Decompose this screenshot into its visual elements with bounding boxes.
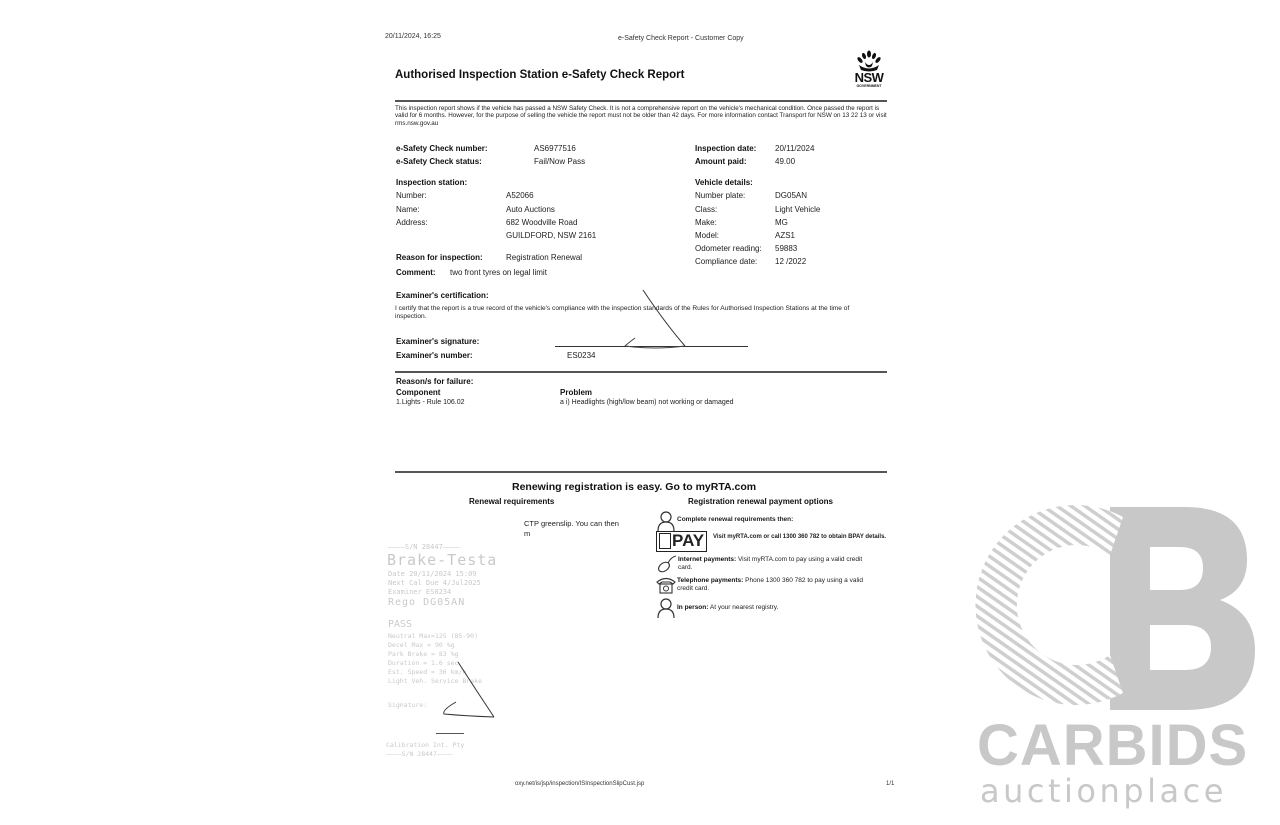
- slip-line: Calibration Int. Pty: [386, 741, 464, 749]
- plate-label: Number plate:: [695, 191, 745, 201]
- report-intro: This inspection report shows if the vehi…: [395, 105, 890, 127]
- amount-paid-label: Amount paid:: [695, 157, 747, 167]
- odometer-value: 59883: [775, 244, 797, 254]
- print-page-title: e-Safety Check Report - Customer Copy: [618, 35, 744, 42]
- slip-line: Date 20/11/2024 15:09: [388, 570, 477, 578]
- station-address-line1: 682 Woodville Road: [506, 218, 577, 228]
- make-value: MG: [775, 218, 788, 228]
- reason-label: Reason for inspection:: [396, 253, 483, 263]
- slip-line: Examiner ES0234: [388, 588, 451, 596]
- requirements-text-line2: m: [524, 529, 530, 539]
- inspection-date-label: Inspection date:: [695, 144, 756, 154]
- slip-line: ————S/N 28447————: [386, 750, 453, 758]
- odometer-label: Odometer reading:: [695, 244, 762, 254]
- slip-line: Park Brake = 83 %g: [388, 650, 458, 658]
- model-value: AZS1: [775, 231, 795, 241]
- slip-line: Rego DG05AN: [388, 597, 465, 608]
- report-title: Authorised Inspection Station e-Safety C…: [395, 69, 684, 81]
- failure-heading: Reason/s for failure:: [396, 377, 473, 387]
- slip-line: ————S/N 28447————: [388, 543, 460, 551]
- person-icon: [657, 511, 675, 531]
- signature-label: Examiner's signature:: [396, 337, 479, 347]
- model-label: Model:: [695, 231, 719, 241]
- station-address-line2: GUILDFORD, NSW 2161: [506, 231, 596, 241]
- slip-rule: [436, 733, 464, 734]
- inspection-date-value: 20/11/2024: [775, 144, 814, 154]
- comment-label: Comment:: [396, 268, 436, 278]
- slip-signature: [436, 660, 496, 720]
- slip-line: PASS: [388, 619, 412, 630]
- station-heading: Inspection station:: [396, 178, 467, 188]
- class-label: Class:: [695, 205, 717, 215]
- check-number-value: AS6977516: [534, 144, 576, 154]
- waratah-icon: [856, 50, 882, 72]
- slip-line: Neutral Max=125 (85-90): [388, 632, 478, 640]
- station-address-label: Address:: [396, 218, 428, 228]
- plate-value: DG05AN: [775, 191, 807, 201]
- failure-col-problem: Problem: [560, 388, 592, 398]
- make-label: Make:: [695, 218, 717, 228]
- reason-value: Registration Renewal: [506, 253, 582, 263]
- compliance-label: Compliance date:: [695, 257, 757, 267]
- examiner-number-value: ES0234: [567, 351, 595, 361]
- telephone-icon: [656, 576, 676, 594]
- certification-heading: Examiner's certification:: [396, 291, 489, 301]
- vehicle-heading: Vehicle details:: [695, 178, 753, 188]
- payment-option-complete: Complete renewal requirements then:: [677, 516, 793, 524]
- footer-url: oxy.net/is/jsp/inspection/ISInspectionSl…: [515, 781, 644, 787]
- slip-line: Brake-Testa: [387, 551, 497, 569]
- requirements-text-line1: CTP greenslip. You can then: [524, 519, 619, 529]
- bpay-label: PAY: [672, 531, 704, 550]
- slip-line: Decel Max = 90 %g: [388, 641, 455, 649]
- renewal-requirements-heading: Renewal requirements: [469, 497, 554, 507]
- failure-problem: a i) Headlights (high/low beam) not work…: [560, 398, 734, 408]
- carbids-subtitle: auctionplace: [980, 772, 1227, 810]
- payment-option-telephone: Telephone payments: Phone 1300 360 782 t…: [677, 577, 877, 593]
- bpay-icon: PAY: [656, 531, 707, 552]
- station-number-label: Number:: [396, 191, 427, 201]
- payment-option-in-person: In person: At your nearest registry.: [677, 604, 778, 612]
- nsw-logo-text: NSW: [848, 72, 890, 84]
- carbids-brand: CARBIDS: [977, 712, 1248, 779]
- title-divider: [395, 100, 887, 102]
- amount-paid-value: 49.00: [775, 157, 795, 167]
- station-name-value: Auto Auctions: [506, 205, 555, 215]
- comment-value: two front tyres on legal limit: [450, 268, 547, 278]
- payment-option-internet: Internet payments: Visit myRTA.com to pa…: [678, 556, 878, 572]
- station-number-value: A52066: [506, 191, 534, 201]
- slip-line: Signature:: [388, 701, 427, 709]
- check-number-label: e-Safety Check number:: [396, 144, 488, 154]
- nsw-government-logo: NSW GOVERNMENT: [848, 50, 890, 98]
- check-status-label: e-Safety Check status:: [396, 157, 482, 167]
- person-icon: [657, 598, 675, 618]
- failure-col-component: Component: [396, 388, 440, 398]
- slip-line: Next Cal Due 4/Jul2025: [388, 579, 481, 587]
- certification-divider: [395, 371, 887, 373]
- check-status-value: Fail/Now Pass: [534, 157, 585, 167]
- examiner-number-label: Examiner's number:: [396, 351, 473, 361]
- class-value: Light Vehicle: [775, 205, 820, 215]
- mouse-icon: [657, 555, 677, 573]
- compliance-value: 12 /2022: [775, 257, 806, 267]
- print-datetime: 20/11/2024, 16:25: [385, 33, 441, 40]
- station-name-label: Name:: [396, 205, 420, 215]
- payment-option-bpay: Visit myRTA.com or call 1300 360 782 to …: [713, 533, 888, 541]
- payment-options-heading: Registration renewal payment options: [688, 497, 833, 507]
- footer-page-number: 1/1: [886, 781, 894, 787]
- renewal-title: Renewing registration is easy. Go to myR…: [512, 481, 756, 493]
- examiner-signature: [615, 288, 695, 350]
- renewal-divider: [395, 471, 887, 473]
- failure-component: 1.Lights - Rule 106.02: [396, 398, 465, 408]
